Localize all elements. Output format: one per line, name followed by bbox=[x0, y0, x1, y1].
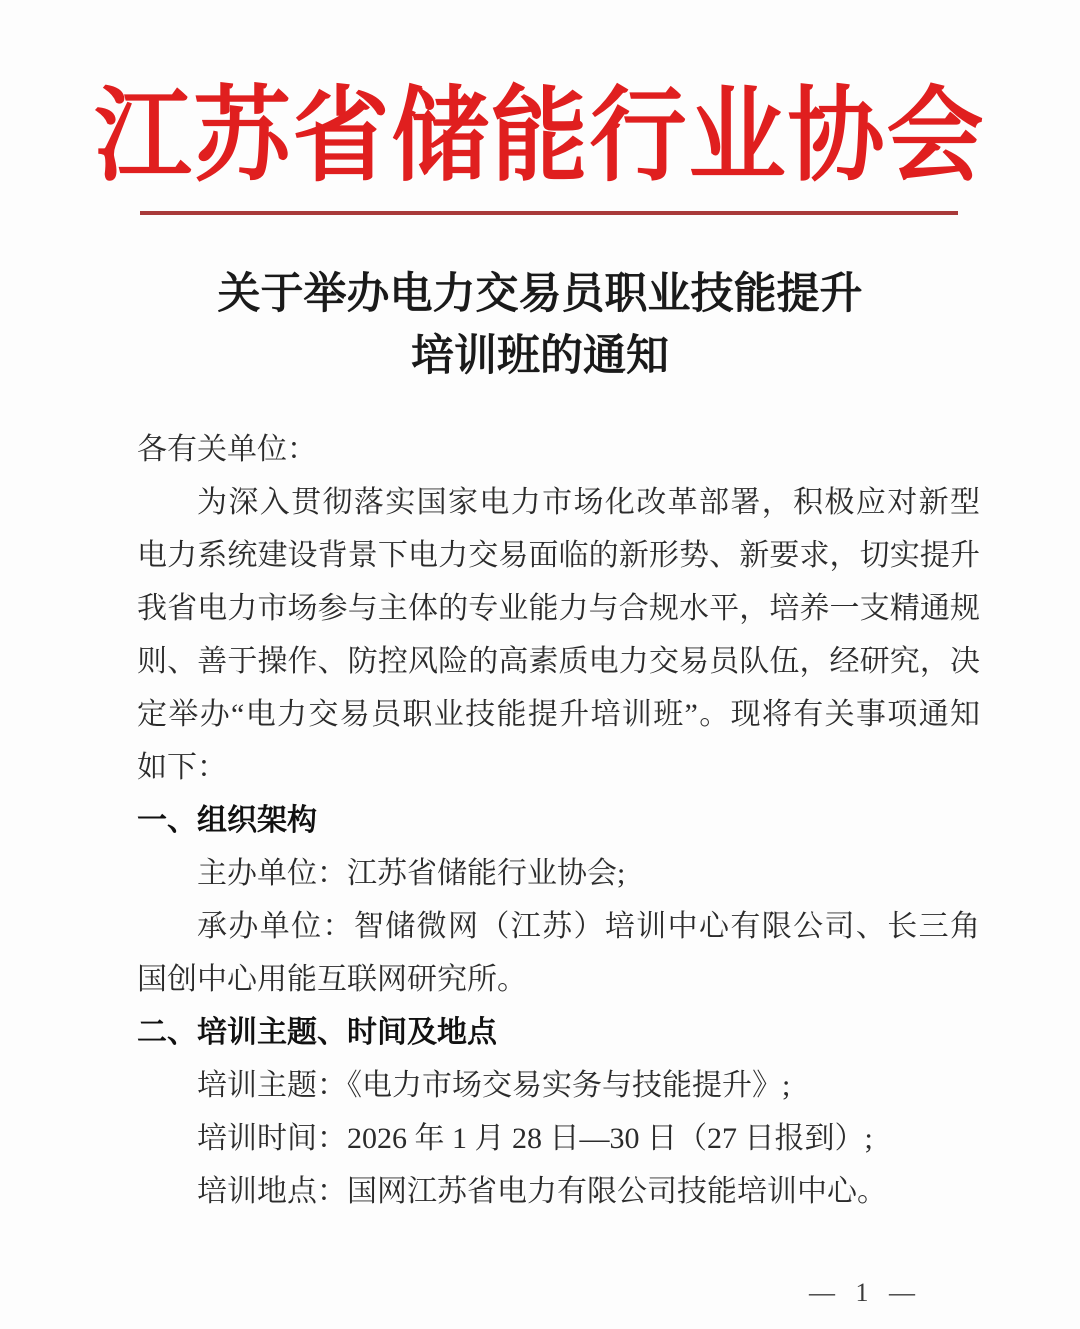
document-title-line2: 培训班的通知 bbox=[0, 325, 1080, 387]
training-venue-line: 培训地点：国网江苏省电力有限公司技能培训中心。 bbox=[137, 1165, 980, 1218]
document-title-line1: 关于举办电力交易员职业技能提升 bbox=[0, 263, 1080, 325]
document-title: 关于举办电力交易员职业技能提升 培训班的通知 bbox=[0, 263, 1080, 387]
paragraph-line: 如下： bbox=[137, 741, 980, 794]
paragraph-line: 电力系统建设背景下电力交易面临的新形势、新要求，切实提升 bbox=[137, 529, 980, 582]
organizer-line: 主办单位：江苏省储能行业协会; bbox=[137, 847, 980, 900]
section-heading-2: 二、培训主题、时间及地点 bbox=[137, 1006, 980, 1059]
training-time-line: 培训时间：2026 年 1 月 28 日—30 日（27 日报到）; bbox=[137, 1112, 980, 1165]
document-body: 各有关单位： 为深入贯彻落实国家电力市场化改革部署，积极应对新型 电力系统建设背… bbox=[137, 423, 980, 1218]
salutation-line: 各有关单位： bbox=[137, 423, 980, 476]
training-topic-line: 培训主题：《电力市场交易实务与技能提升》; bbox=[137, 1059, 980, 1112]
page-number: — 1 — bbox=[809, 1278, 922, 1308]
letterhead-org-name: 江苏省储能行业协会 bbox=[0, 62, 1080, 213]
paragraph-line: 我省电力市场参与主体的专业能力与合规水平，培养一支精通规 bbox=[137, 582, 980, 635]
co-organizer-line: 承办单位：智储微网（江苏）培训中心有限公司、长三角 bbox=[137, 900, 980, 953]
section-heading-1: 一、组织架构 bbox=[137, 794, 980, 847]
co-organizer-line: 国创中心用能互联网研究所。 bbox=[137, 953, 980, 1006]
paragraph-line: 为深入贯彻落实国家电力市场化改革部署，积极应对新型 bbox=[137, 476, 980, 529]
paragraph-line: 定举办“电力交易员职业技能提升培训班”。现将有关事项通知 bbox=[137, 688, 980, 741]
paragraph-line: 则、善于操作、防控风险的高素质电力交易员队伍，经研究，决 bbox=[137, 635, 980, 688]
letterhead-rule bbox=[140, 211, 958, 215]
document-page: 江苏省储能行业协会 关于举办电力交易员职业技能提升 培训班的通知 各有关单位： … bbox=[0, 0, 1080, 1329]
